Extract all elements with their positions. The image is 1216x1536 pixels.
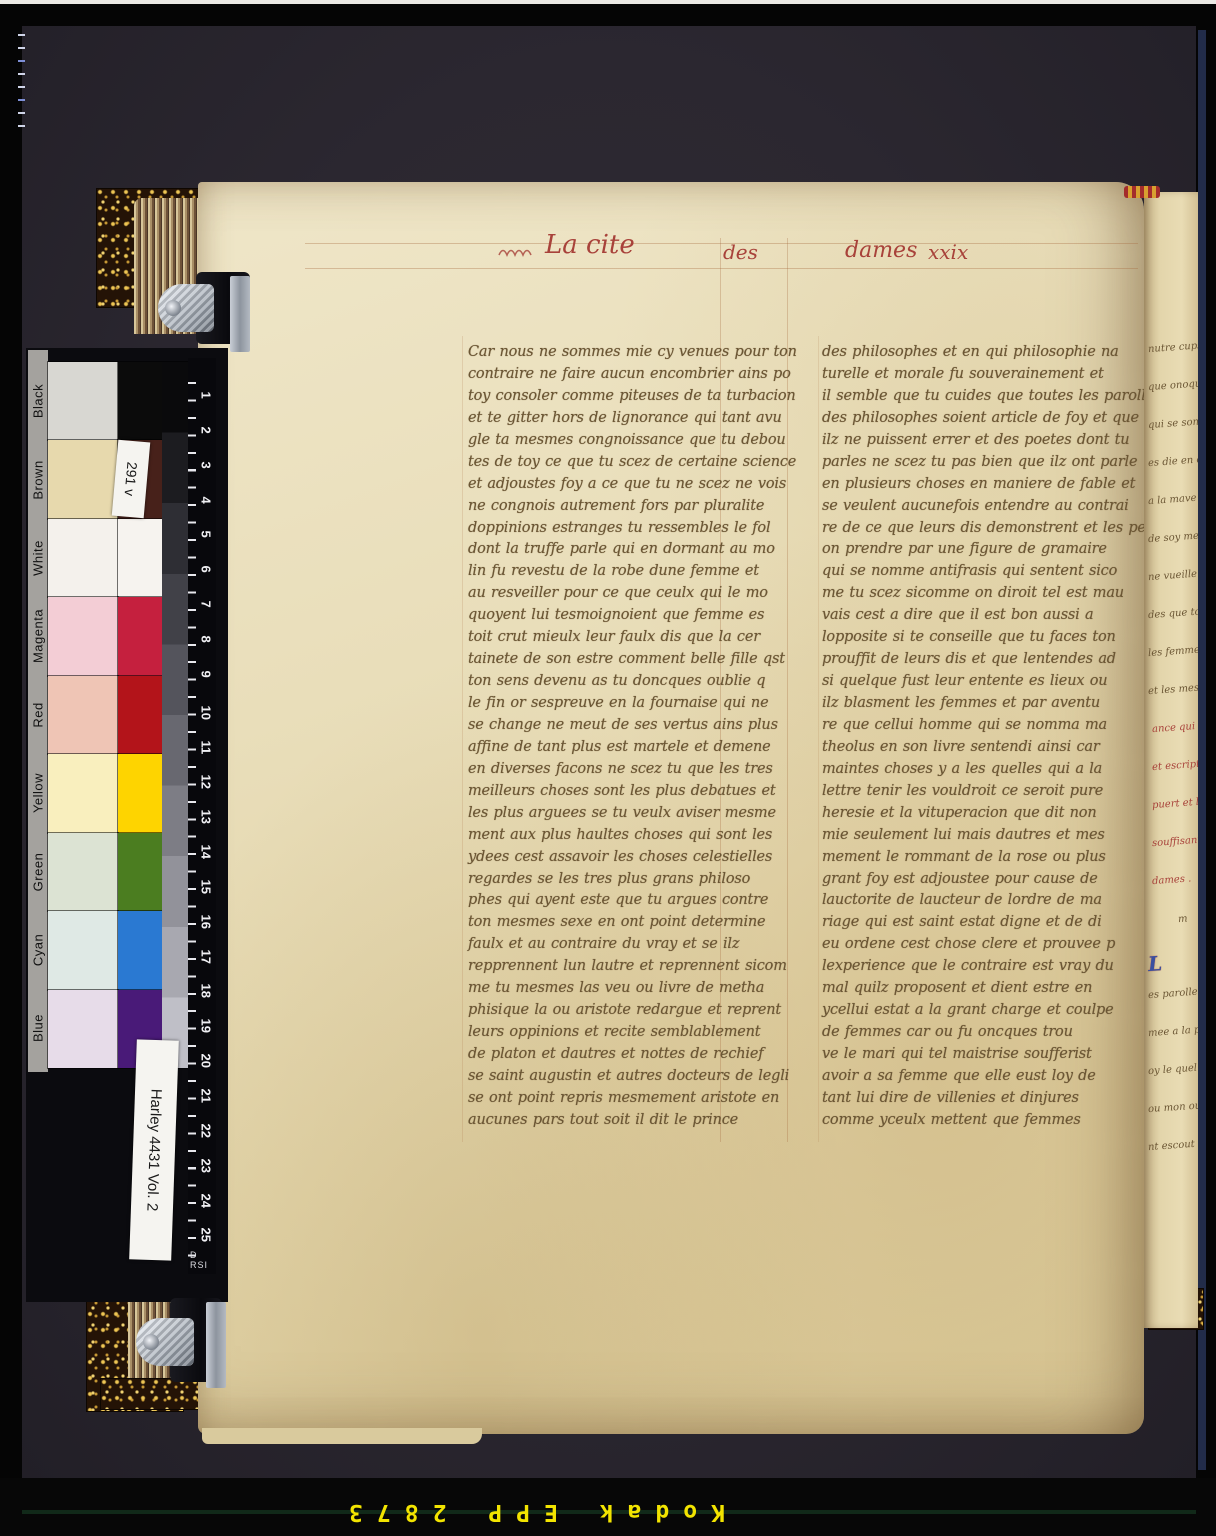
binder-clip-bottom-clamp bbox=[136, 1318, 194, 1366]
ruler-number: 8 bbox=[199, 635, 214, 651]
ruler-number: 17 bbox=[199, 949, 214, 965]
facing-fragment: ance qui lot av bbox=[1152, 720, 1198, 735]
manuscript-line: toit crut mieulx leur faulx dis que la c… bbox=[468, 627, 794, 649]
ruler-number: 18 bbox=[199, 984, 214, 1000]
manuscript-line: doppinions estranges tu ressembles le fo… bbox=[468, 518, 794, 540]
ruler-number: 12 bbox=[199, 775, 214, 791]
manuscript-line: re de ce que leurs dis demonstrent et le… bbox=[822, 518, 1144, 540]
color-label: Red bbox=[31, 702, 46, 727]
manuscript-line: ton mesmes sexe en ont point determine bbox=[468, 912, 794, 934]
ruling-line bbox=[818, 336, 819, 1142]
manuscript-line: turelle et morale fu souverainement et bbox=[822, 364, 1144, 386]
header-flourish bbox=[497, 243, 539, 259]
film-tick bbox=[18, 34, 25, 36]
manuscript-line: Car nous ne sommes mie cy venues pour to… bbox=[468, 342, 794, 364]
ruler-number: 5 bbox=[199, 531, 214, 547]
film-tick bbox=[18, 125, 25, 127]
ruler-number: 4 bbox=[199, 496, 214, 512]
facing-fragment: nt escout bbox=[1148, 1138, 1198, 1153]
facing-fragment: mee a la p bbox=[1148, 1024, 1198, 1039]
manuscript-line: meilleurs choses sont les plus debatues … bbox=[468, 781, 794, 803]
manuscript-line: se veulent aucunefois entendre au contra… bbox=[822, 496, 1144, 518]
ruler-number: 6 bbox=[199, 566, 214, 582]
facing-fragment: oy le quel de bbox=[1148, 1062, 1198, 1077]
manuscript-line: avoir a sa femme que elle eust loy de bbox=[822, 1066, 1144, 1088]
manuscript-line: lauctorite de laucteur de lordre de ma bbox=[822, 890, 1144, 912]
manuscript-line: regardes se les tres plus grans philoso bbox=[468, 869, 794, 891]
ruler-number: 10 bbox=[199, 705, 214, 721]
ruler-number: 2 bbox=[199, 426, 214, 442]
ruler-number: 25 bbox=[199, 1228, 214, 1244]
color-tint-patch bbox=[48, 833, 118, 911]
ruler-number: 23 bbox=[199, 1158, 214, 1174]
header-title-right: dames bbox=[845, 238, 917, 263]
manuscript-line: des philosophes soient article de foy et… bbox=[822, 408, 1144, 430]
facing-fragment: ou mon ouvr bbox=[1148, 1100, 1198, 1115]
ruler-number: 21 bbox=[199, 1089, 214, 1105]
film-tick bbox=[18, 86, 25, 88]
manuscript-line: quoyent lui tesmoignoient que femme es bbox=[468, 605, 794, 627]
manuscript-line: le fin or sespreuve en la fournaise qui … bbox=[468, 693, 794, 715]
manuscript-line: mie seulement lui mais dautres et mes bbox=[822, 825, 1144, 847]
ruler-number: 9 bbox=[199, 670, 214, 686]
manuscript-line: mal quilz proposent et dient estre en bbox=[822, 978, 1144, 1000]
facing-fragment: de soy mesme bbox=[1148, 530, 1198, 545]
color-tint-patch bbox=[48, 676, 118, 754]
manuscript-line: on prendre par une figure de gramaire bbox=[822, 539, 1144, 561]
manuscript-line: toy consoler comme piteuses de ta turbac… bbox=[468, 386, 794, 408]
facing-fragment: puert et lui a bbox=[1152, 796, 1198, 811]
header-title-mid: des bbox=[723, 240, 758, 264]
color-label: Blue bbox=[31, 1014, 46, 1042]
ruling-line bbox=[462, 336, 463, 1142]
ruler-number: 14 bbox=[199, 845, 214, 861]
manuscript-line: les plus arguees se tu veulx aviser mesm… bbox=[468, 803, 794, 825]
manuscript-line: ilz ne puissent errer et des poetes dont… bbox=[822, 430, 1144, 452]
manuscript-line: en plusieurs choses en maniere de fable … bbox=[822, 474, 1144, 496]
color-tint-patch bbox=[48, 597, 118, 675]
color-tint-patch bbox=[48, 440, 118, 518]
facing-page-sliver: nutre cups queque onoquesqui se sont men… bbox=[1144, 192, 1198, 1328]
folio-number-sticker: 291 v bbox=[112, 440, 151, 518]
endband bbox=[1124, 186, 1160, 198]
manuscript-line: de femmes car ou fu oncques trou bbox=[822, 1022, 1144, 1044]
manuscript-line: ilz blasment les femmes et par aventu bbox=[822, 693, 1144, 715]
manuscript-line: tant lui dire de villenies et dinjures bbox=[822, 1088, 1144, 1110]
manuscript-line: heresie et la vituperacion que dit non bbox=[822, 803, 1144, 825]
manuscript-line: aucunes pars tout soit il dit le prince bbox=[468, 1110, 794, 1132]
manuscript-line: theolus en son livre sentendi ainsi car bbox=[822, 737, 1144, 759]
binder-clip-top-plate bbox=[230, 276, 250, 352]
manuscript-line: de platon et dautres et nottes de rechie… bbox=[468, 1044, 794, 1066]
grayscale-step-wedge bbox=[162, 362, 188, 1068]
manuscript-line: me tu mesmes las veu ou livre de metha bbox=[468, 978, 794, 1000]
facing-fragment: et escript sa prop bbox=[1152, 758, 1198, 773]
color-tint-patch bbox=[48, 990, 118, 1068]
ruler-number: 19 bbox=[199, 1019, 214, 1035]
film-stock-label: Kodak EPP 2873 bbox=[230, 1492, 830, 1532]
ruling-line bbox=[305, 268, 1138, 269]
film-tick bbox=[18, 60, 25, 62]
color-label: Black bbox=[31, 384, 46, 418]
manuscript-line: vais cest a dire que il est bon aussi a bbox=[822, 605, 1144, 627]
folio-number-label: 291 v bbox=[122, 461, 141, 497]
manuscript-line: riage qui est saint estat digne et de di bbox=[822, 912, 1144, 934]
ruler-footer-label: D RSI bbox=[190, 1250, 216, 1270]
manuscript-line: gle ta mesmes congnoissance que tu debou bbox=[468, 430, 794, 452]
manuscript-line: au resveiller pour ce que ceulx qui le m… bbox=[468, 583, 794, 605]
manuscript-line: ne congnois autrement fors par pluralite bbox=[468, 496, 794, 518]
ruler-strip: 1234567891011121314151617181920212223242… bbox=[188, 358, 216, 1274]
ruler-number: 20 bbox=[199, 1054, 214, 1070]
facing-fragment: dames . bbox=[1152, 872, 1198, 887]
manuscript-line: ycellui estat a la grant charge et coulp… bbox=[822, 1000, 1144, 1022]
color-tint-patch bbox=[48, 362, 118, 440]
manuscript-line: ydees cest assavoir les choses celestiel… bbox=[468, 847, 794, 869]
manuscript-line: parles ne scez tu pas bien que ilz ont p… bbox=[822, 452, 1144, 474]
manuscript-line: tainete de son estre comment belle fille… bbox=[468, 649, 794, 671]
manuscript-line: faulx et au contraire du vray et se ilz bbox=[468, 934, 794, 956]
ruler-number: 15 bbox=[199, 879, 214, 895]
manuscript-line: et te gitter hors de lignorance qui tant… bbox=[468, 408, 794, 430]
manuscript-line: me tu scez sicomme on diroit tel est mau bbox=[822, 583, 1144, 605]
color-label: Green bbox=[31, 852, 46, 891]
manuscript-line: re que cellui homme qui se nomma ma bbox=[822, 715, 1144, 737]
manuscript-line: phes qui ayent este que tu argues contre bbox=[468, 890, 794, 912]
facing-fragment: L bbox=[1147, 948, 1198, 976]
manuscript-line: il semble que tu cuides que toutes les p… bbox=[822, 386, 1144, 408]
manuscript-line: lettre tenir les vouldroit ce seroit pur… bbox=[822, 781, 1144, 803]
ruler-number: 16 bbox=[199, 914, 214, 930]
facing-fragment: et les mesmes bbox=[1148, 682, 1198, 697]
facing-fragment: a la mave a la p bbox=[1148, 492, 1198, 507]
text-column-1: Car nous ne sommes mie cy venues pour to… bbox=[468, 342, 794, 1132]
manuscript-line: lexperience que le contraire est vray du bbox=[822, 956, 1144, 978]
binder-clip-bottom-plate bbox=[206, 1302, 226, 1388]
film-top-edge bbox=[0, 0, 1216, 4]
manuscript-line: repprennent lun lautre et reprennent sic… bbox=[468, 956, 794, 978]
color-tint-patch bbox=[48, 519, 118, 597]
facing-fragment: que onoques bbox=[1148, 378, 1198, 393]
manuscript-line: tes de toy ce que tu scez de certaine sc… bbox=[468, 452, 794, 474]
facing-fragment: souffisant une bbox=[1152, 834, 1198, 849]
facing-fragment: es die en con bbox=[1148, 454, 1198, 469]
manuscript-line: se saint augustin et autres docteurs de … bbox=[468, 1066, 794, 1088]
manuscript-line: prouffit de leurs dis et que lentendes a… bbox=[822, 649, 1144, 671]
film-right-edge bbox=[1198, 30, 1206, 1470]
shelfmark-sticker: Harley 4431 Vol. 2 bbox=[129, 1039, 179, 1260]
manuscript-line: ve le mari qui tel maistrise soufferist bbox=[822, 1044, 1144, 1066]
text-column-2: des philosophes et en qui philosophie na… bbox=[822, 342, 1144, 1132]
ruler-number: 3 bbox=[199, 461, 214, 477]
ruling-line bbox=[305, 243, 1138, 244]
color-label: Cyan bbox=[31, 934, 46, 966]
ruler-number: 1 bbox=[199, 392, 214, 408]
manuscript-line: et adjoustes foy a ce que tu ne scez ne … bbox=[468, 474, 794, 496]
color-tint-patch bbox=[48, 911, 118, 989]
manuscript-line: se ont point repris mesmement aristote e… bbox=[468, 1088, 794, 1110]
manuscript-line: en diverses facons ne scez tu que les tr… bbox=[468, 759, 794, 781]
film-tick bbox=[18, 47, 25, 49]
film-tick bbox=[18, 99, 25, 101]
facing-fragment: qui se sont menc bbox=[1148, 416, 1198, 431]
film-tick bbox=[18, 112, 25, 114]
binder-clip-top-clamp bbox=[158, 284, 214, 332]
manuscript-line: ment aux plus haultes choses qui sont le… bbox=[468, 825, 794, 847]
color-label: Magenta bbox=[31, 609, 46, 663]
manuscript-line: comme yceulx mettent que femmes bbox=[822, 1110, 1144, 1132]
photograph-of-manuscript-opening: La cite des dames xxix Car nous ne somme… bbox=[0, 0, 1216, 1536]
manuscript-line: affine de tant plus est martele et demen… bbox=[468, 737, 794, 759]
facing-fragment: m bbox=[1178, 910, 1198, 925]
ruler-number: 7 bbox=[199, 601, 214, 617]
manuscript-line: ton sens devenu as tu doncques oublie q bbox=[468, 671, 794, 693]
manuscript-line: contraire ne faire aucun encombrier ains… bbox=[468, 364, 794, 386]
ruler-ticks bbox=[188, 382, 196, 1262]
manuscript-line: qui se nomme antifrasis qui sentent sico bbox=[822, 561, 1144, 583]
manuscript-line: eu ordene cest chose clere et prouvee p bbox=[822, 934, 1144, 956]
facing-fragment: des que tout m bbox=[1148, 606, 1198, 621]
facing-fragment: es parolles bbox=[1148, 986, 1198, 1001]
facing-fragment: nutre cups que bbox=[1148, 340, 1198, 355]
manuscript-line: dont la truffe parle qui en dormant au m… bbox=[468, 539, 794, 561]
color-tint-patch bbox=[48, 754, 118, 832]
color-label: Yellow bbox=[31, 773, 46, 813]
manuscript-line: se change ne meut de ses vertus ains plu… bbox=[468, 715, 794, 737]
ruler-number: 13 bbox=[199, 810, 214, 826]
facing-fragment: ne vueille po bbox=[1148, 568, 1198, 583]
manuscript-line: phisique la ou aristote redargue et repr… bbox=[468, 1000, 794, 1022]
manuscript-line: des philosophes et en qui philosophie na bbox=[822, 342, 1144, 364]
manuscript-line: lopposite si te conseille que tu faces t… bbox=[822, 627, 1144, 649]
color-label-strip: BlackBrownWhiteMagentaRedYellowGreenCyan… bbox=[28, 350, 48, 1072]
ruler-number: 22 bbox=[199, 1123, 214, 1139]
ruler-number: 11 bbox=[199, 740, 214, 756]
color-label: White bbox=[31, 540, 46, 576]
shelfmark-label: Harley 4431 Vol. 2 bbox=[143, 1088, 164, 1211]
film-edge-tick-marks bbox=[16, 30, 30, 150]
header-title-left: La cite bbox=[545, 230, 635, 260]
ruler-number: 24 bbox=[199, 1193, 214, 1209]
manuscript-line: mement le rommant de la rose ou plus bbox=[822, 847, 1144, 869]
manuscript-line: maintes choses y a les quelles qui a la bbox=[822, 759, 1144, 781]
facing-fragment: les femmes emp bbox=[1148, 644, 1198, 659]
color-label: Brown bbox=[31, 460, 46, 499]
underlying-page-edge bbox=[202, 1428, 482, 1444]
manuscript-line: leurs oppinions et recite semblablement bbox=[468, 1022, 794, 1044]
manuscript-line: lin fu revestu de la robe dune femme et bbox=[468, 561, 794, 583]
manuscript-line: si quelque fust leur entente es lieux ou bbox=[822, 671, 1144, 693]
manuscript-line: grant foy est adjoustee pour cause de bbox=[822, 869, 1144, 891]
film-tick bbox=[18, 73, 25, 75]
header-chapter-number: xxix bbox=[928, 240, 968, 264]
